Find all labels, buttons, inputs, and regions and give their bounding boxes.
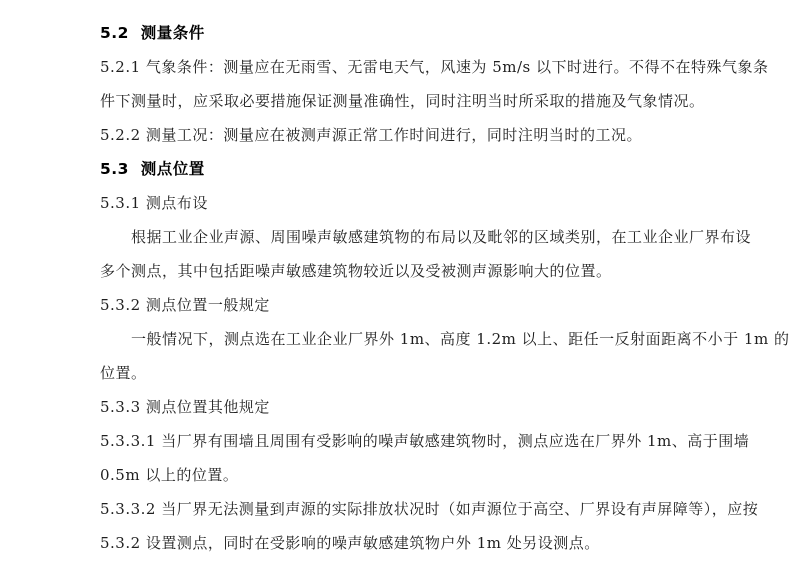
doc-line-5-3-3-1-wall-rule: 5.3.3.1 当厂界有围墙且周围有受影响的噪声敏感建筑物时，测点应选在厂界外 … xyxy=(100,424,752,458)
doc-line-5-2-1-continuation: 件下测量时，应采取必要措施保证测量准确性，同时注明当时所采取的措施及气象情况。 xyxy=(100,84,752,118)
doc-line-5-2-2-operating-conditions: 5.2.2 测量工况：测量应在被测声源正常工作时间进行，同时注明当时的工况。 xyxy=(100,118,752,152)
doc-line-5-3-3-2-barrier-rule: 5.3.3.2 当厂界无法测量到声源的实际排放状况时（如声源位于高空、厂界设有声… xyxy=(100,492,752,526)
doc-line-5-3-2-general-rules: 5.3.2 测点位置一般规定 xyxy=(100,288,752,322)
doc-line-5-3-3-2-continuation: 5.3.2 设置测点，同时在受影响的噪声敏感建筑物户外 1m 处另设测点。 xyxy=(100,526,752,560)
doc-line-5-3-3-1-continuation: 0.5m 以上的位置。 xyxy=(100,458,752,492)
doc-line-5-3-2-paragraph-continuation: 位置。 xyxy=(100,356,752,390)
section-heading-5-3-measurement-point-position: 5.3 测点位置 xyxy=(100,152,752,186)
document-page: 5.2 测量条件 5.2.1 气象条件：测量应在无雨雪、无雷电天气，风速为 5m… xyxy=(0,0,792,565)
doc-line-5-3-2-paragraph: 一般情况下，测点选在工业企业厂界外 1m、高度 1.2m 以上、距任一反射面距离… xyxy=(100,322,752,356)
doc-line-5-3-1-paragraph-continuation: 多个测点，其中包括距噪声敏感建筑物较近以及受被测声源影响大的位置。 xyxy=(100,254,752,288)
doc-line-5-2-1-weather-conditions: 5.2.1 气象条件：测量应在无雨雪、无雷电天气，风速为 5m/s 以下时进行。… xyxy=(100,50,752,84)
doc-line-5-3-3-other-rules: 5.3.3 测点位置其他规定 xyxy=(100,390,752,424)
document-content: 5.2 测量条件 5.2.1 气象条件：测量应在无雨雪、无雷电天气，风速为 5m… xyxy=(0,0,792,560)
section-heading-5-2-measurement-conditions: 5.2 测量条件 xyxy=(100,16,752,50)
doc-line-5-3-1-paragraph: 根据工业企业声源、周围噪声敏感建筑物的布局以及毗邻的区域类别，在工业企业厂界布设 xyxy=(100,220,752,254)
doc-line-5-3-1-point-layout: 5.3.1 测点布设 xyxy=(100,186,752,220)
